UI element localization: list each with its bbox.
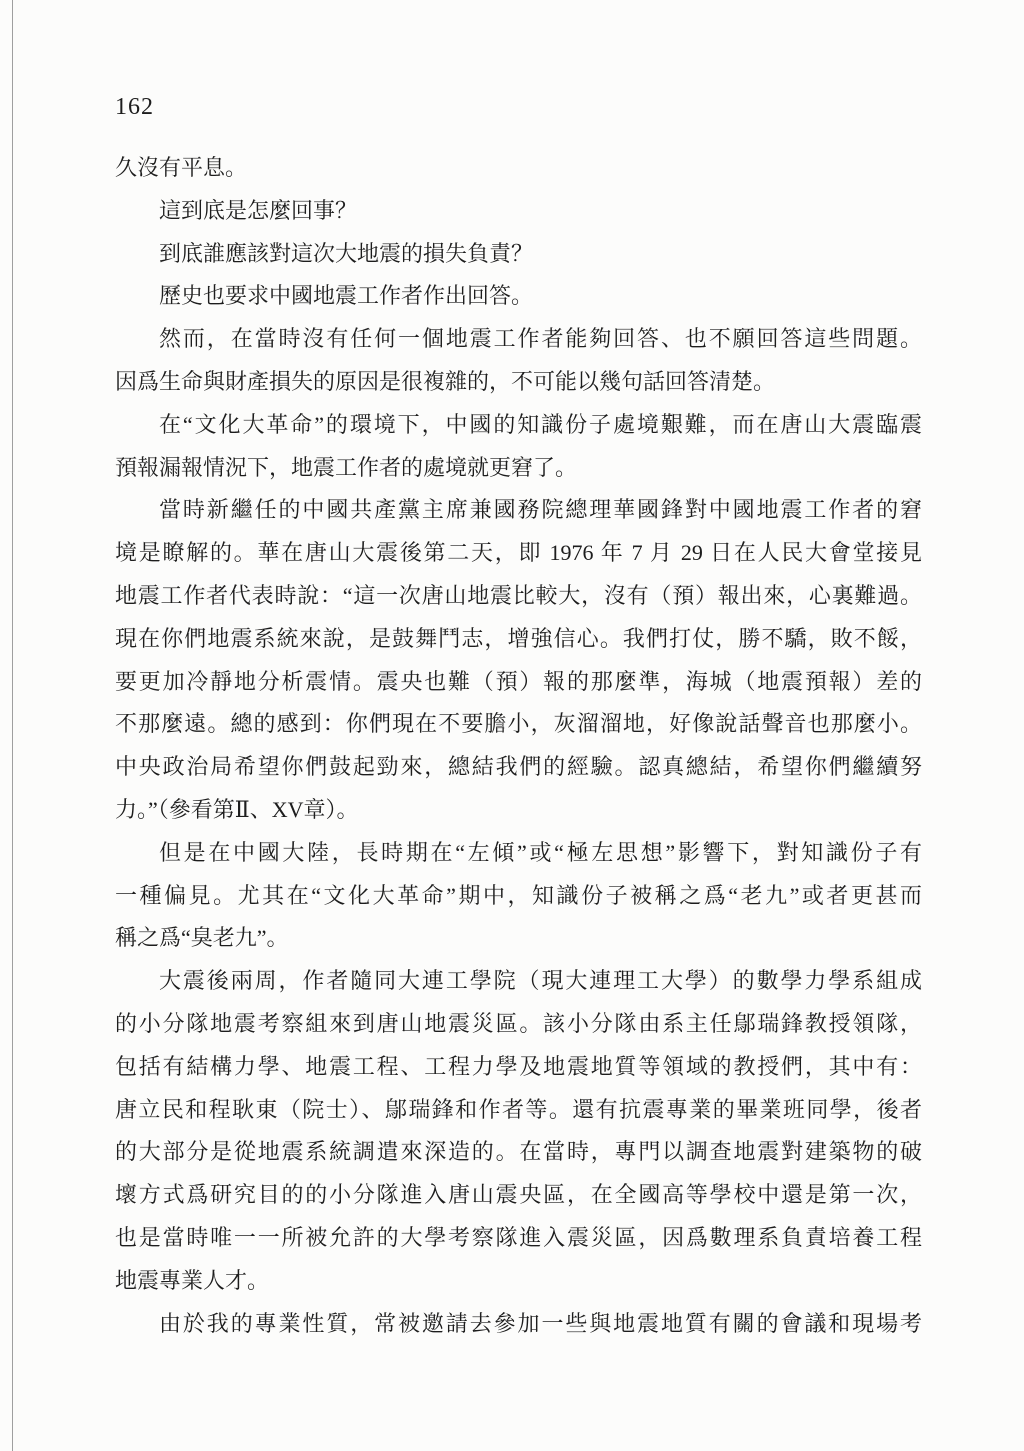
paragraph: 久沒有平息。 (115, 147, 922, 190)
text-line: 歷史也要求中國地震工作者作出回答。 (115, 275, 922, 318)
paragraph: 然而，在當時沒有任何一個地震工作者能夠回答、也不願回答這些問題。 因爲生命與財產… (115, 318, 922, 404)
text-line: 在“文化大革命”的環境下，中國的知識份子處境艱難，而在唐山大震臨震 (115, 404, 922, 447)
text-line: 的小分隊地震考察組來到唐山地震災區。該小分隊由系主任鄔瑞鋒教授領隊， (115, 1003, 922, 1046)
text-line: 力。”（參看第Ⅱ、XV章）。 (115, 789, 922, 832)
page-number: 162 (115, 94, 154, 121)
text-line: 境是瞭解的。華在唐山大震後第二天，即 1976 年 7 月 29 日在人民大會堂… (115, 532, 922, 575)
text-line: 不那麼遠。總的感到：你們現在不要膽小，灰溜溜地，好像說話聲音也那麼小。 (115, 703, 922, 746)
scanned-book-page: 162 久沒有平息。 這到底是怎麼回事？ 到底誰應該對這次大地震的損失負責？ 歷… (0, 0, 1024, 1451)
paragraph: 歷史也要求中國地震工作者作出回答。 (115, 275, 922, 318)
text-line: 中央政治局希望你們鼓起勁來，總結我們的經驗。認真總結，希望你們繼續努 (115, 746, 922, 789)
text-line: 的大部分是從地震系統調遣來深造的。在當時，專門以調查地震對建築物的破 (115, 1131, 922, 1174)
text-line: 唐立民和程耿東（院士）、鄔瑞鋒和作者等。還有抗震專業的畢業班同學，後者 (115, 1089, 922, 1132)
text-line: 也是當時唯一一所被允許的大學考察隊進入震災區，因爲數理系負責培養工程 (115, 1217, 922, 1260)
text-line: 地震工作者代表時說：“這一次唐山地震比較大，沒有（預）報出來，心裏難過。 (115, 575, 922, 618)
paragraph: 由於我的專業性質，常被邀請去參加一些與地震地質有關的會議和現場考 (115, 1303, 922, 1346)
paragraph: 到底誰應該對這次大地震的損失負責？ (115, 233, 922, 276)
text-line: 因爲生命與財產損失的原因是很複雜的，不可能以幾句話回答清楚。 (115, 361, 922, 404)
text-line: 這到底是怎麼回事？ (115, 190, 922, 233)
page-body-text: 久沒有平息。 這到底是怎麼回事？ 到底誰應該對這次大地震的損失負責？ 歷史也要求… (115, 147, 922, 1345)
text-line: 當時新繼任的中國共產黨主席兼國務院總理華國鋒對中國地震工作者的窘 (115, 489, 922, 532)
paragraph: 但是在中國大陸，長時期在“左傾”或“極左思想”影響下，對知識份子有 一種偏見。尤… (115, 832, 922, 960)
paragraph: 大震後兩周，作者隨同大連工學院（現大連理工大學）的數學力學系組成 的小分隊地震考… (115, 960, 922, 1302)
text-line: 稱之爲“臭老九”。 (115, 917, 922, 960)
scan-edge-artifact (12, 0, 13, 1451)
text-line: 包括有結構力學、地震工程、工程力學及地震地質等領域的教授們，其中有： (115, 1046, 922, 1089)
text-line: 壞方式爲研究目的的小分隊進入唐山震央區，在全國高等學校中還是第一次， (115, 1174, 922, 1217)
text-line: 但是在中國大陸，長時期在“左傾”或“極左思想”影響下，對知識份子有 (115, 832, 922, 875)
text-line: 預報漏報情況下，地震工作者的處境就更窘了。 (115, 447, 922, 490)
text-line: 一種偏見。尤其在“文化大革命”期中，知識份子被稱之爲“老九”或者更甚而 (115, 875, 922, 918)
paragraph: 在“文化大革命”的環境下，中國的知識份子處境艱難，而在唐山大震臨震 預報漏報情況… (115, 404, 922, 490)
paragraph: 當時新繼任的中國共產黨主席兼國務院總理華國鋒對中國地震工作者的窘 境是瞭解的。華… (115, 489, 922, 831)
text-line: 久沒有平息。 (115, 147, 922, 190)
paragraph: 這到底是怎麼回事？ (115, 190, 922, 233)
text-line: 大震後兩周，作者隨同大連工學院（現大連理工大學）的數學力學系組成 (115, 960, 922, 1003)
text-line: 地震專業人才。 (115, 1260, 922, 1303)
text-line: 由於我的專業性質，常被邀請去參加一些與地震地質有關的會議和現場考 (115, 1303, 922, 1346)
text-line: 然而，在當時沒有任何一個地震工作者能夠回答、也不願回答這些問題。 (115, 318, 922, 361)
text-line: 要更加冷靜地分析震情。震央也難（預）報的那麼準，海城（地震預報）差的 (115, 661, 922, 704)
text-line: 現在你們地震系統來說，是鼓舞鬥志，增強信心。我們打仗，勝不驕，敗不餒， (115, 618, 922, 661)
text-line: 到底誰應該對這次大地震的損失負責？ (115, 233, 922, 276)
